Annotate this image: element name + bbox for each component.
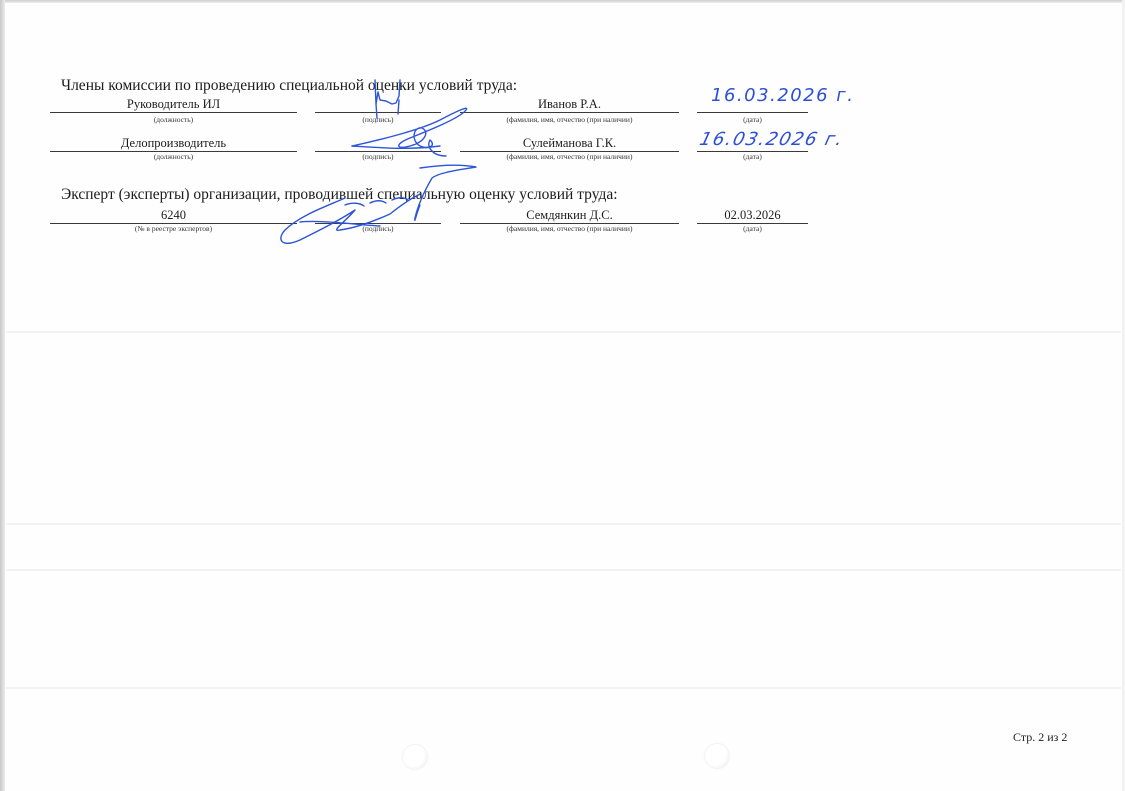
handwritten-signatures bbox=[0, 0, 1125, 791]
punch-hole bbox=[403, 745, 427, 769]
signature-suleymanova bbox=[352, 108, 467, 156]
page-number: Стр. 2 из 2 bbox=[1013, 730, 1067, 745]
signature-semdyankin bbox=[281, 165, 476, 243]
punch-hole bbox=[705, 744, 729, 768]
scanned-document-page: Члены комиссии по проведению специальной… bbox=[0, 0, 1125, 791]
signature-ivanov bbox=[375, 80, 400, 118]
